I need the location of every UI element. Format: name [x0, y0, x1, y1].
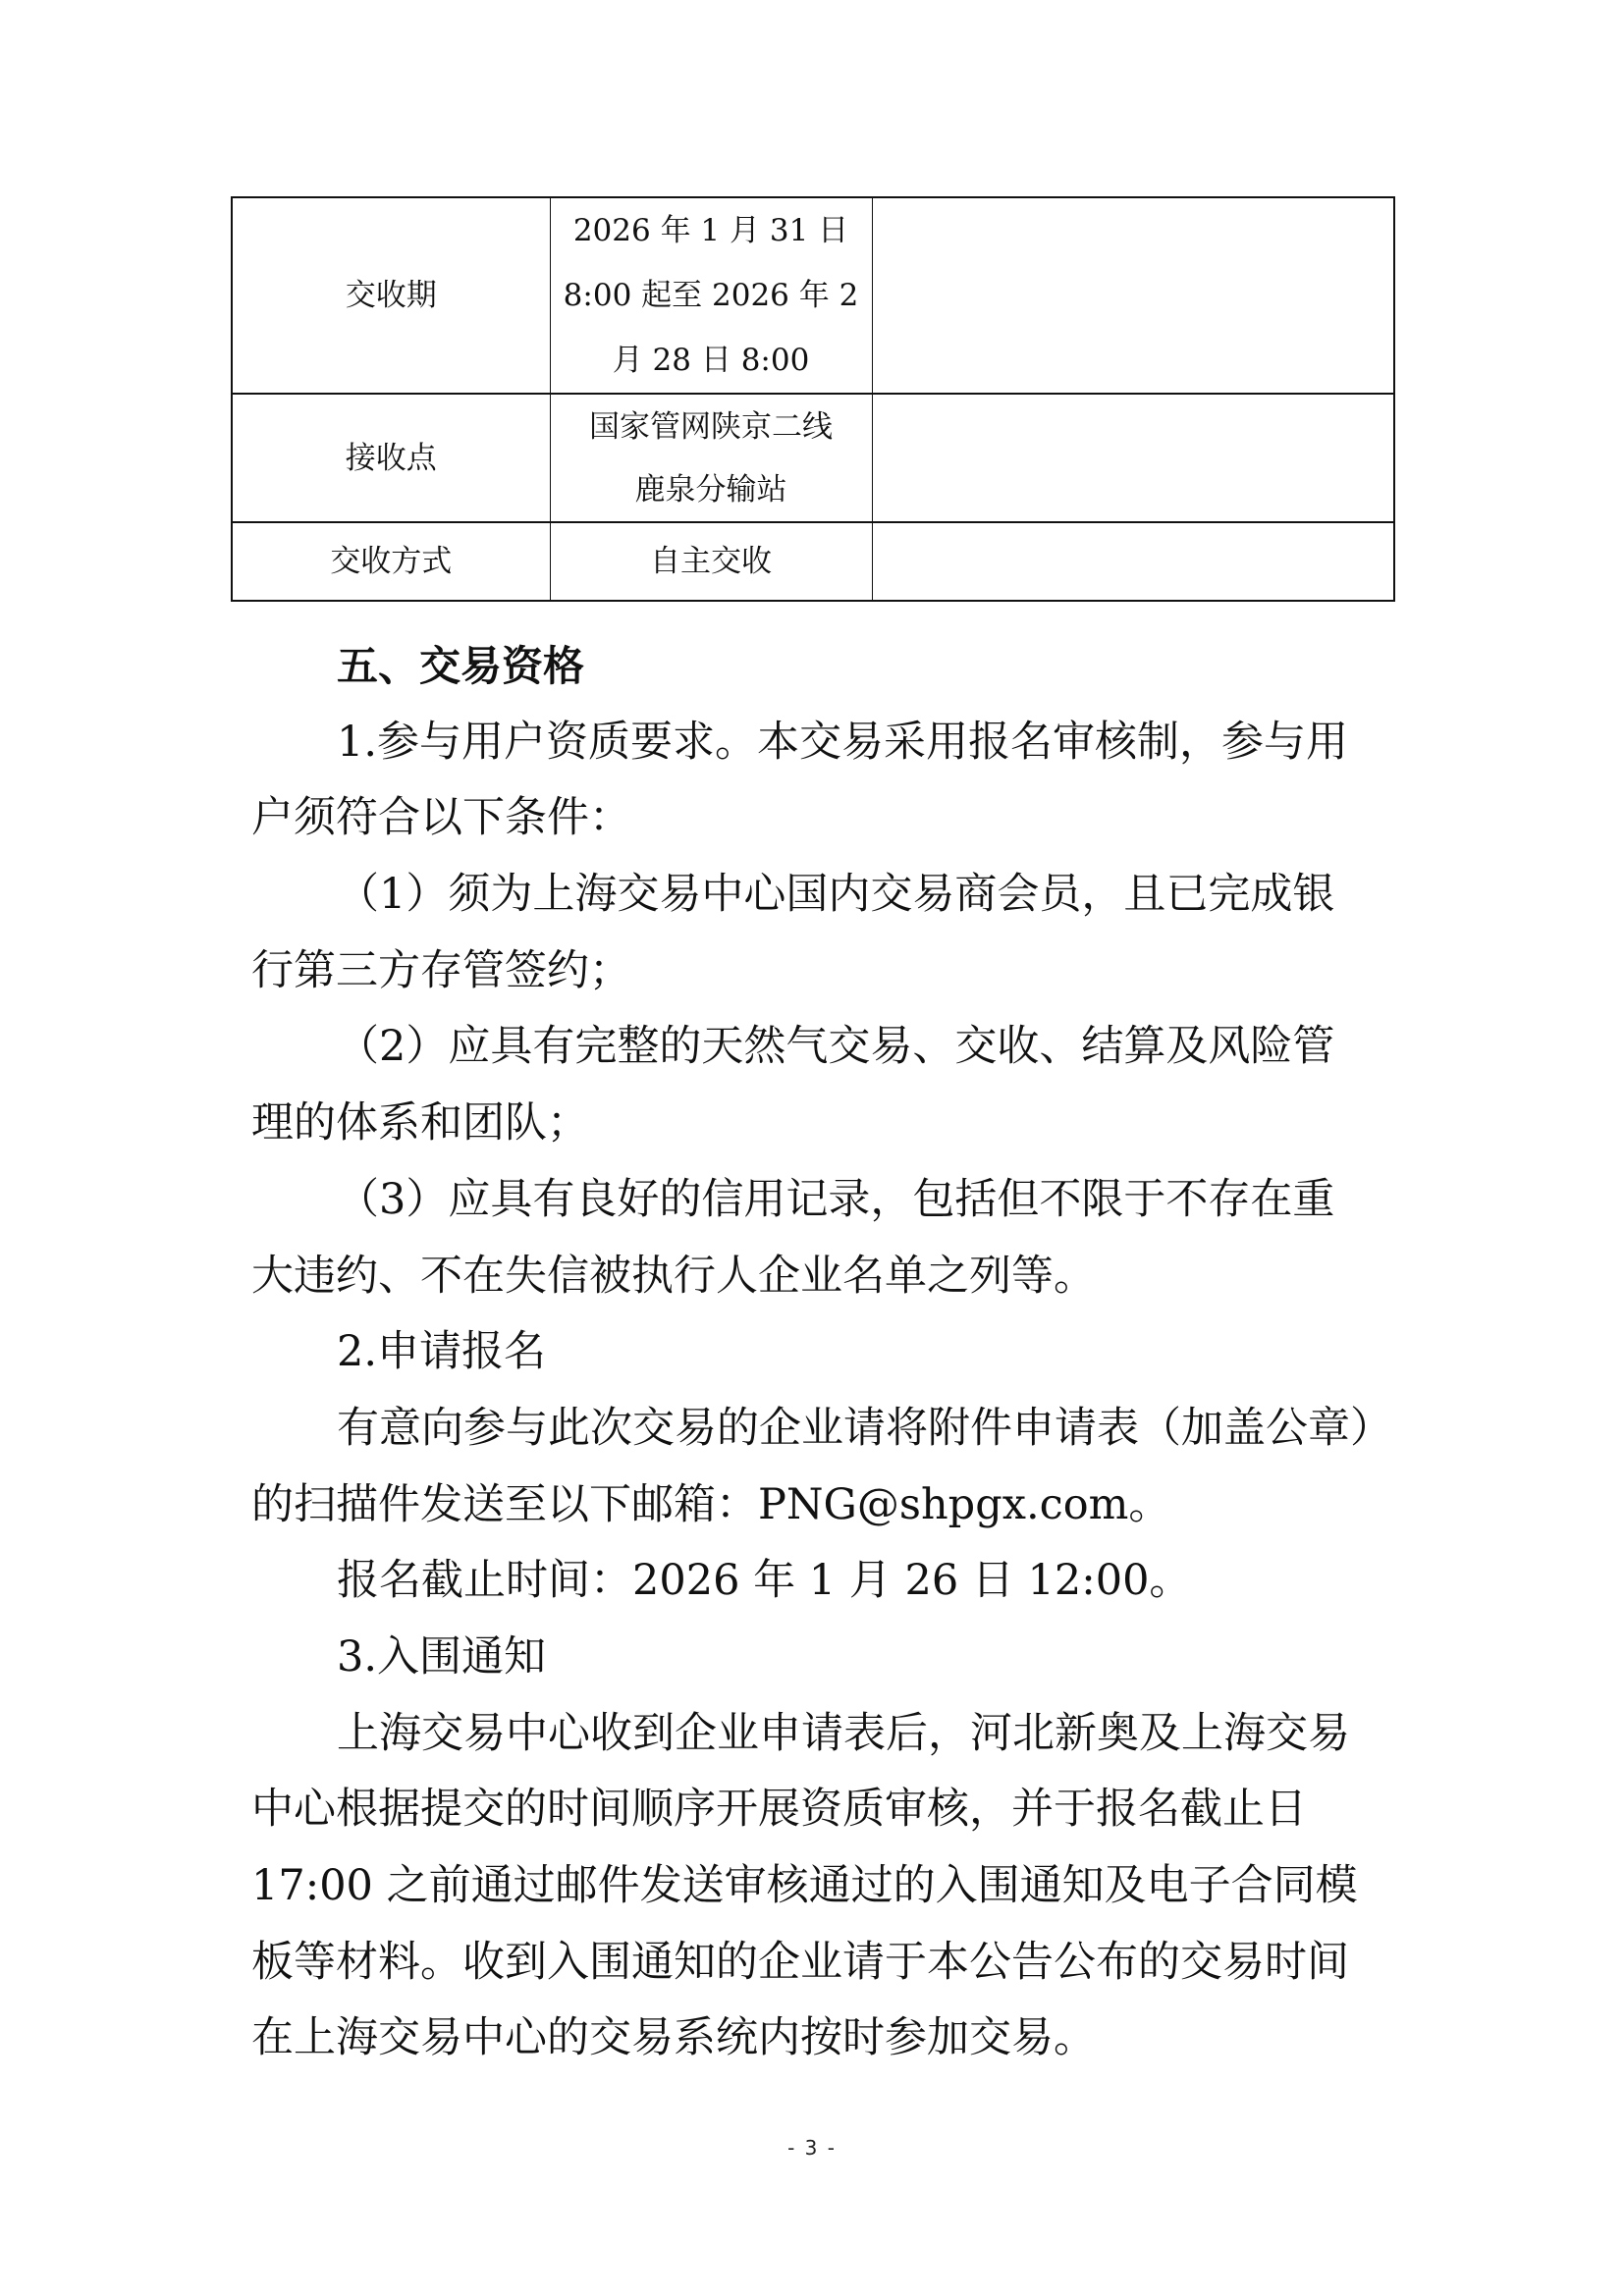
delivery-details-table: 交收期 2026 年 1 月 31 日 8:00 起至 2026 年 2 月 2…	[231, 196, 1395, 602]
value-line: 月 28 日 8:00	[551, 328, 872, 393]
table-cell-value: 自主交收	[550, 522, 872, 601]
table-row-delivery-method: 交收方式 自主交收	[232, 522, 1394, 601]
deadline-line: 报名截止时间：2026 年 1 月 26 日 12:00。	[251, 1543, 1390, 1620]
table-cell-label: 交收期	[232, 197, 550, 394]
document-page: 交收期 2026 年 1 月 31 日 8:00 起至 2026 年 2 月 2…	[0, 0, 1624, 2296]
table-row-delivery-period: 交收期 2026 年 1 月 31 日 8:00 起至 2026 年 2 月 2…	[232, 197, 1394, 394]
subheading-application: 2.申请报名	[251, 1314, 1390, 1391]
paragraph-line: 上海交易中心收到企业申请表后，河北新奥及上海交易	[251, 1696, 1390, 1773]
paragraph-line: 在上海交易中心的交易系统内按时参加交易。	[251, 2001, 1390, 2077]
label-text: 接收点	[233, 427, 550, 490]
label-text: 交收方式	[233, 529, 550, 594]
paragraph-line: 行第三方存管签约；	[251, 934, 1390, 1010]
paragraph-line: 1.参与用户资质要求。本交易采用报名审核制，参与用	[251, 705, 1390, 781]
table-cell-empty	[872, 394, 1394, 522]
value-line: 鹿泉分输站	[551, 458, 872, 521]
paragraph-line: 17:00 之前通过邮件发送审核通过的入围通知及电子合同模	[251, 1848, 1390, 1925]
table-cell-label: 接收点	[232, 394, 550, 522]
table-cell-label: 交收方式	[232, 522, 550, 601]
table-cell-value: 国家管网陕京二线 鹿泉分输站	[550, 394, 872, 522]
paragraph-line: 中心根据提交的时间顺序开展资质审核，并于报名截止日	[251, 1772, 1390, 1848]
paragraph-line: （3）应具有良好的信用记录，包括但不限于不存在重	[251, 1162, 1390, 1239]
paragraph-line: （1）须为上海交易中心国内交易商会员，且已完成银	[251, 857, 1390, 934]
page-number: - 3 -	[0, 2136, 1624, 2160]
subheading-shortlist-notice: 3.入围通知	[251, 1620, 1390, 1696]
table-cell-empty	[872, 522, 1394, 601]
label-text: 交收期	[233, 263, 550, 328]
paragraph-line: 有意向参与此次交易的企业请将附件申请表（加盖公章）	[251, 1391, 1390, 1468]
paragraph-line: 大违约、不在失信被执行人企业名单之列等。	[251, 1239, 1390, 1315]
paragraph-line: 板等材料。收到入围通知的企业请于本公告公布的交易时间	[251, 1925, 1390, 2002]
section-heading: 五、交易资格	[251, 628, 1390, 705]
table-cell-value: 2026 年 1 月 31 日 8:00 起至 2026 年 2 月 28 日 …	[550, 197, 872, 394]
value-line: 8:00 起至 2026 年 2	[551, 263, 872, 328]
paragraph-line: 理的体系和团队；	[251, 1086, 1390, 1162]
value-line: 2026 年 1 月 31 日	[551, 198, 872, 263]
section-trading-qualification: 五、交易资格 1.参与用户资质要求。本交易采用报名审核制，参与用 户须符合以下条…	[251, 628, 1390, 2077]
value-line: 国家管网陕京二线	[551, 396, 872, 458]
table-row-receiving-point: 接收点 国家管网陕京二线 鹿泉分输站	[232, 394, 1394, 522]
paragraph-line: （2）应具有完整的天然气交易、交收、结算及风险管	[251, 1009, 1390, 1086]
paragraph-line: 户须符合以下条件：	[251, 780, 1390, 857]
email-line: 的扫描件发送至以下邮箱：PNG@shpgx.com。	[251, 1468, 1390, 1544]
value-line: 自主交收	[551, 529, 872, 594]
table-cell-empty	[872, 197, 1394, 394]
